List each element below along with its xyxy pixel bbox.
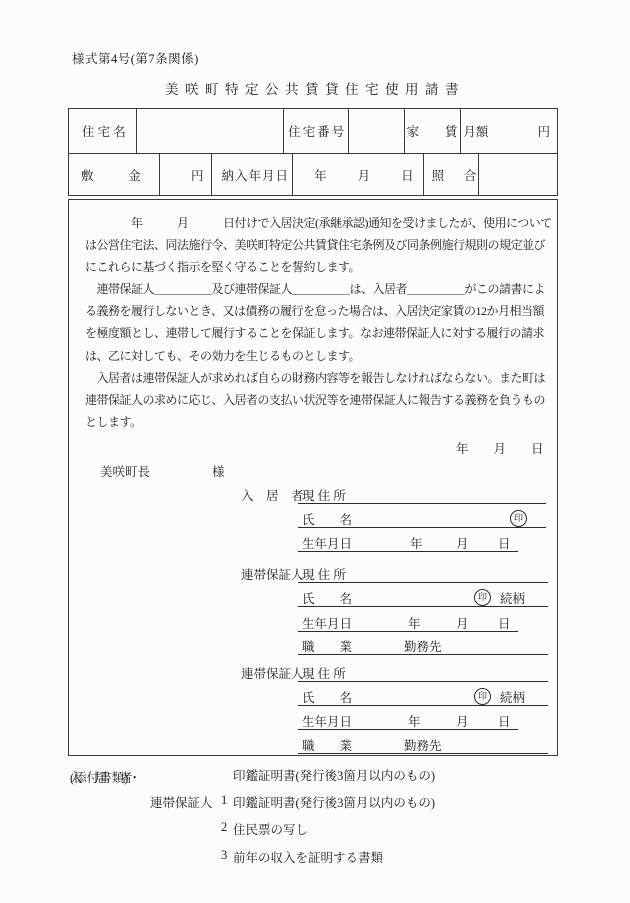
month-label: 月 <box>456 712 469 730</box>
guarantor1-job-field: 職 業 勤務先 <box>298 634 548 655</box>
table-row: 敷 金 円 納入年月日 年 月 日 照 合 <box>69 154 557 195</box>
pledge-line: にこれらに基づく指示を堅く守ることを誓約します。 <box>85 256 553 278</box>
attachment-doc: 住民票の写し <box>233 820 308 838</box>
housing-number-label: 住宅番号 <box>288 122 346 140</box>
resident-birthdate-row: 生年月日 年 月 日 <box>0 531 630 551</box>
resident-address-row: 入 居 者 現 住 所 <box>0 483 630 503</box>
housing-number-value-cell <box>349 109 405 153</box>
pledge-line: 連帯保証人の求めに応じ、入居者の支払い状況等を連帯保証人に報告する義務を負うもの <box>85 389 553 411</box>
day-label: 日 <box>498 534 511 552</box>
day-label: 日 <box>498 614 511 632</box>
rent-label-left: 家 <box>407 122 420 140</box>
guarantor2-name-field: 氏 名 印 続柄 <box>298 685 548 706</box>
guarantor2-birthdate-field: 生年月日 年 月 日 <box>298 709 518 730</box>
attachments-line-3: 2 住民票の写し <box>0 818 630 838</box>
yen-label: 円 <box>191 166 204 184</box>
month-label: 月 <box>456 614 469 632</box>
seal-icon: 印 <box>474 688 491 705</box>
job-label: 職 業 <box>302 637 352 655</box>
attachments-line-1: (添付書類)・入 居 者 印鑑証明書(発行後3箇月以内のもの) <box>0 764 630 784</box>
guarantor2-address-field: 現 住 所 <box>298 661 548 682</box>
housing-name-value-cell <box>137 109 284 153</box>
guarantor1-name-field: 氏 名 印 続柄 <box>298 586 548 607</box>
address-label: 現 住 所 <box>302 664 346 682</box>
resident-birthdate-field: 生年月日 年 月 日 <box>298 531 518 552</box>
pledge-line: る義務を履行しないとき、又は債務の履行を怠った場合は、入居決定家賃の12か月相当… <box>85 300 553 322</box>
pledge-line: 連帯保証人＿＿＿＿＿及び連帯保証人＿＿＿＿＿は、入居者＿＿＿＿＿がこの請書によ <box>85 278 553 300</box>
attachments-line-2: 連帯保証人 1 印鑑証明書(発行後3箇月以内のもの) <box>0 791 630 811</box>
guarantor2-job-field: 職 業 勤務先 <box>298 733 548 754</box>
guarantor2-birthdate-row: 生年月日 年 月 日 <box>0 709 630 729</box>
pledge-line: は、乙に対しても、その効力を生じるものとします。 <box>85 345 553 367</box>
rent-label-cell: 家 賃 <box>405 109 462 153</box>
attachment-doc: 印鑑証明書(発行後3箇月以内のもの) <box>233 766 435 784</box>
guarantor1-address-field: 現 住 所 <box>298 562 548 583</box>
year-label: 年 <box>410 534 423 552</box>
pledge-line: 入居者は連帯保証人が求めれば自らの財務内容等を報告しなければならない。また町は <box>85 367 553 389</box>
guarantor-role-label: 連帯保証人 <box>241 664 304 682</box>
pledge-line: とします。 <box>85 411 553 433</box>
monthly-rent-cell: 月額 円 <box>461 109 557 153</box>
birthdate-label: 生年月日 <box>302 614 352 632</box>
guarantor1-birthdate-field: 生年月日 年 月 日 <box>298 611 518 632</box>
month-label: 月 <box>358 166 371 184</box>
seal-icon: 印 <box>510 510 527 527</box>
guarantor1-birthdate-row: 生年月日 年 月 日 <box>0 611 630 631</box>
guarantor2-name-row: 氏 名 印 続柄 <box>0 685 630 705</box>
payment-date-label-cell: 納入年月日 <box>212 154 293 195</box>
attachment-doc: 前年の収入を証明する書類 <box>233 848 383 866</box>
collation-value-cell <box>479 154 557 195</box>
pledge-line: を極度額とし、連帯して履行することを保証します。なお連帯保証人に対する履行の請求 <box>85 322 553 344</box>
guarantor2-job-row: 職 業 勤務先 <box>0 733 630 753</box>
date-line-text: 年 月 日 <box>456 439 544 457</box>
name-label: 氏 名 <box>302 589 352 607</box>
year-label: 年 <box>314 166 327 184</box>
table-row: 住 宅 名 住宅番号 家 賃 月額 円 <box>69 109 557 154</box>
job-label: 職 業 <box>302 736 352 754</box>
attachment-item-number: 1 <box>221 793 227 808</box>
day-label: 日 <box>401 166 414 184</box>
guarantor1-job-row: 職 業 勤務先 <box>0 634 630 654</box>
addressee-honorific: 様 <box>212 462 225 480</box>
form-page: 様式第4号(第7条関係) 美咲町特定公共賃貸住宅使用請書 住 宅 名 住宅番号 … <box>0 0 630 903</box>
relation-label: 続柄 <box>500 688 525 706</box>
deposit-label-left: 敷 <box>81 166 94 184</box>
payment-date-label: 納入年月日 <box>221 166 289 184</box>
birthdate-label: 生年月日 <box>302 534 352 552</box>
resident-name-row: 氏 名 印 <box>0 507 630 527</box>
pledge-line: 年 月 日付けで入居決定(承継承認)通知を受けましたが、使用について <box>85 212 553 234</box>
attachment-item-number: 2 <box>221 820 227 835</box>
name-label: 氏 名 <box>302 688 352 706</box>
deposit-label-cell: 敷 金 <box>69 154 160 195</box>
attachment-doc: 印鑑証明書(発行後3箇月以内のもの) <box>233 793 435 811</box>
collation-label-left: 照 <box>432 166 445 184</box>
guarantor1-address-row: 連帯保証人 現 住 所 <box>0 562 630 582</box>
birthdate-label: 生年月日 <box>302 712 352 730</box>
attachments-guarantor-role: 連帯保証人 <box>150 793 213 811</box>
guarantor-role-label: 連帯保証人 <box>241 565 304 583</box>
name-label: 氏 名 <box>302 510 352 528</box>
relation-label: 続柄 <box>500 589 525 607</box>
resident-role-label: 入 居 者 <box>241 486 304 504</box>
resident-name-field: 氏 名 印 <box>298 507 546 528</box>
yen-label: 円 <box>537 122 550 140</box>
form-code: 様式第4号(第7条関係) <box>72 49 199 67</box>
rent-label-right: 賃 <box>445 122 458 140</box>
address-label: 現 住 所 <box>302 486 346 504</box>
collation-label-cell: 照 合 <box>424 154 480 195</box>
housing-number-label-cell: 住宅番号 <box>284 109 349 153</box>
housing-name-label: 住 宅 名 <box>82 122 126 140</box>
seal-icon: 印 <box>474 589 491 606</box>
year-label: 年 <box>408 712 421 730</box>
workplace-label: 勤務先 <box>404 637 442 655</box>
month-label: 月 <box>456 534 469 552</box>
payment-date-value-cell: 年 月 日 <box>293 154 424 195</box>
year-label: 年 <box>408 614 421 632</box>
pledge-line: は公営住宅法、同法施行令、美咲町特定公共賃貸住宅条例及び同条例施行規則の規定並び <box>85 234 553 256</box>
workplace-label: 勤務先 <box>404 736 442 754</box>
deposit-amount-cell: 円 <box>160 154 213 195</box>
guarantor1-name-row: 氏 名 印 続柄 <box>0 586 630 606</box>
attachment-item-number: 3 <box>221 848 227 863</box>
monthly-label: 月額 <box>463 122 488 140</box>
form-title: 美咲町特定公共賃貸住宅使用請書 <box>0 78 630 98</box>
housing-name-label-cell: 住 宅 名 <box>69 109 137 153</box>
deposit-label-right: 金 <box>128 166 141 184</box>
pledge-text: 年 月 日付けで入居決定(承継承認)通知を受けましたが、使用について は公営住宅… <box>85 212 553 433</box>
attachments-resident-role: 入 居 者 <box>70 768 133 786</box>
attachments-line-4: 3 前年の収入を証明する書類 <box>0 846 630 866</box>
day-label: 日 <box>498 712 511 730</box>
resident-address-field: 現 住 所 <box>298 483 546 504</box>
addressee-title: 美咲町長 <box>100 462 150 480</box>
address-label: 現 住 所 <box>302 565 346 583</box>
guarantor2-address-row: 連帯保証人 現 住 所 <box>0 661 630 681</box>
collation-label-right: 合 <box>464 166 477 184</box>
housing-info-table: 住 宅 名 住宅番号 家 賃 月額 円 敷 金 円 <box>68 108 558 196</box>
